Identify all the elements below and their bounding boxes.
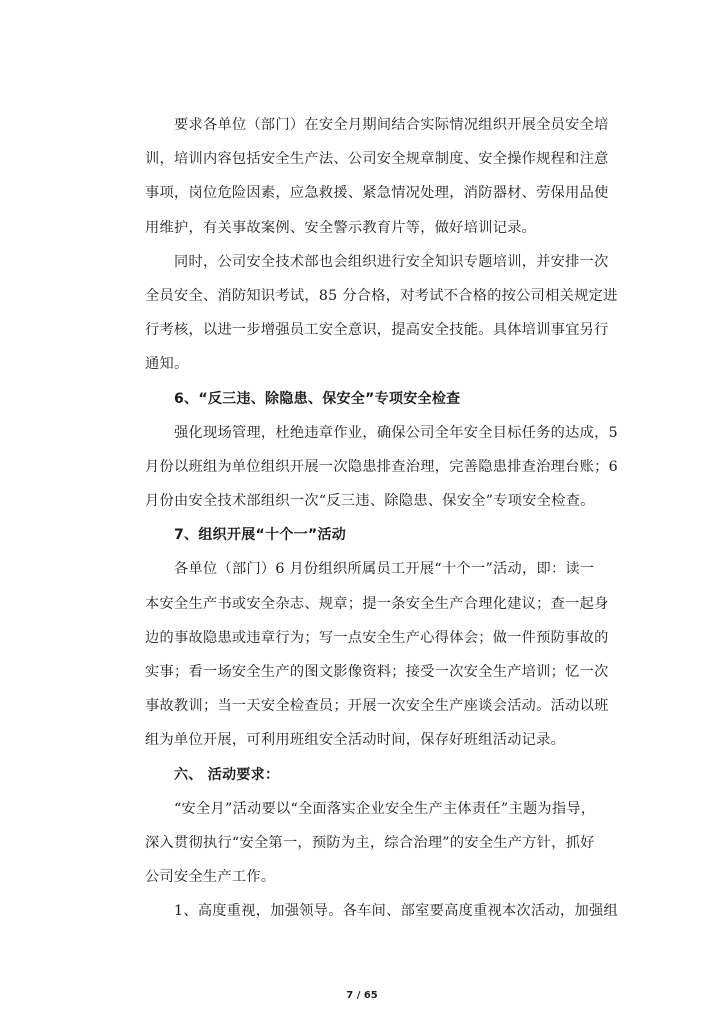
- paragraph-line: 深入贯彻执行“安全第一，预防为主，综合治理”的安全生产方针，抓好: [145, 826, 613, 860]
- paragraph-line: 组为单位开展，可利用班组安全活动时间，保存好班组活动记录。: [145, 723, 613, 757]
- section-heading: 6、“反三违、除隐患、保安全”专项安全检查: [145, 382, 613, 416]
- section-heading: 六、 活动要求：: [145, 758, 613, 792]
- paragraph-line: 事故教训；当一天安全检查员；开展一次安全生产座谈会活动。活动以班: [145, 689, 613, 723]
- paragraph-line: 本安全生产书或安全杂志、规章；提一条安全生产合理化建议；查一起身: [145, 587, 613, 621]
- paragraph-line: 月份由安全技术部组织一次“反三违、除隐患、保安全”专项安全检查。: [145, 484, 613, 518]
- paragraph-line: 公司安全生产工作。: [145, 860, 613, 894]
- paragraph-line: 行考核，以进一步增强员工安全意识，提高安全技能。具体培训事宜另行: [145, 313, 613, 347]
- document-body: 要求各单位（部门）在安全月期间结合实际情况组织开展全员安全培训，培训内容包括安全…: [145, 108, 613, 929]
- paragraph-line: 事项，岗位危险因素，应急救援、紧急情况处理，消防器材、劳保用品使: [145, 176, 613, 210]
- paragraph-line: 全员安全、消防知识考试，85 分合格，对考试不合格的按公司相关规定进: [145, 279, 613, 313]
- paragraph-line: 通知。: [145, 347, 613, 381]
- paragraph-line: 要求各单位（部门）在安全月期间结合实际情况组织开展全员安全培: [145, 108, 613, 142]
- paragraph-line: 同时，公司安全技术部也会组织进行安全知识专题培训，并安排一次: [145, 245, 613, 279]
- paragraph-line: 月份以班组为单位组织开展一次隐患排查治理，完善隐患排查治理台账；6: [145, 450, 613, 484]
- paragraph-line: 边的事故隐患或违章行为；写一点安全生产心得体会；做一件预防事故的: [145, 621, 613, 655]
- document-page: 要求各单位（部门）在安全月期间结合实际情况组织开展全员安全培训，培训内容包括安全…: [0, 0, 724, 1024]
- paragraph-line: 强化现场管理，杜绝违章作业，确保公司全年安全目标任务的达成，5: [145, 416, 613, 450]
- paragraph-line: 用维护，有关事故案例、安全警示教育片等，做好培训记录。: [145, 211, 613, 245]
- paragraph-line: 实事；看一场安全生产的图文影像资料；接受一次安全生产培训；忆一次: [145, 655, 613, 689]
- page-number: 7 / 65: [0, 990, 724, 1001]
- section-heading: 7、组织开展“十个一”活动: [145, 518, 613, 552]
- paragraph-line: “安全月”活动要以“全面落实企业安全生产主体责任”主题为指导，: [145, 792, 613, 826]
- paragraph-line: 训，培训内容包括安全生产法、公司安全规章制度、安全操作规程和注意: [145, 142, 613, 176]
- paragraph-line: 1、高度重视，加强领导。各车间、部室要高度重视本次活动，加强组: [145, 894, 613, 928]
- paragraph-line: 各单位（部门）6 月份组织所属员工开展“十个一”活动，即：读一: [145, 552, 613, 586]
